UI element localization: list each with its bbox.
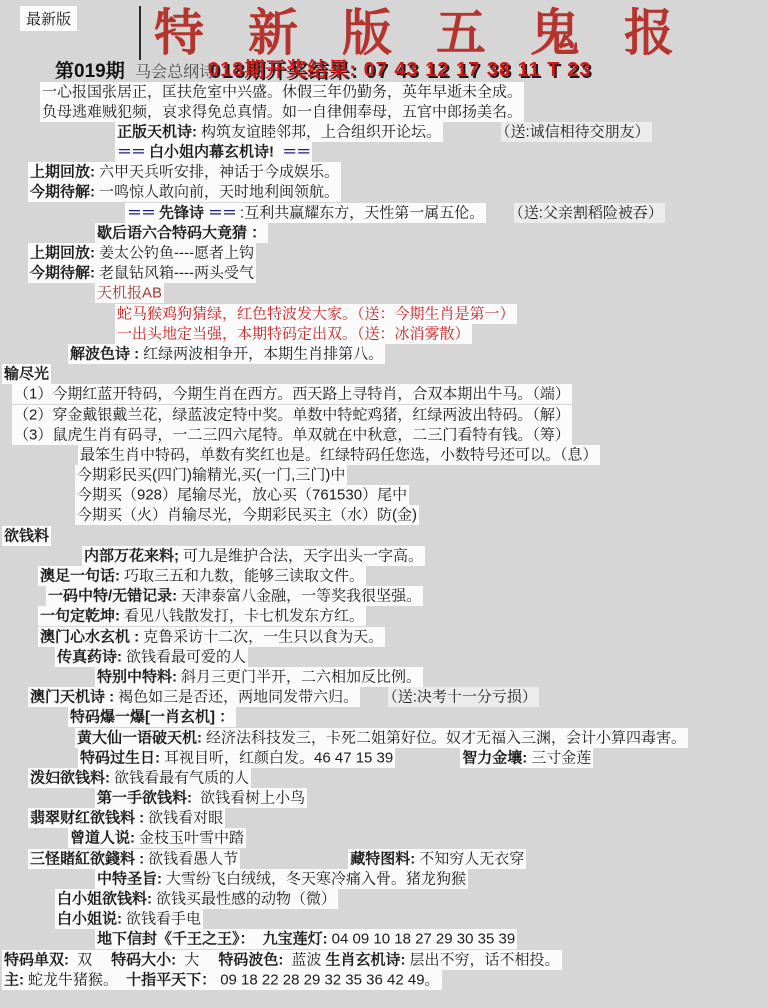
text-line: 一码中特/无错记录:天津泰富八金融，一等奖我很坚强。: [0, 587, 768, 607]
text-line: 上期回放:六甲天兵听安排，神话于今成娱乐。: [0, 163, 768, 183]
text-line: 传真药诗:欲钱看最可爱的人: [0, 647, 768, 667]
text-line: （3）鼠虎生肖有码寻，一二三四六尾特。单双就在中秋意，二三门看特有钱。（筹）: [0, 425, 768, 445]
text-segment: 04 09 10 18 27 29 30 35 39: [330, 929, 518, 949]
text-line: 曾道人说:金枝玉叶雪中踏: [0, 829, 768, 849]
previous-draw-result: 018期开奖结果: 07 43 12 17 38 11 T 23: [208, 53, 591, 82]
text-segment: （1）今期红蓝开特码，今期生肖在西方。西天路上寻特肖，合双本期出牛马。（端）: [12, 384, 572, 404]
text-segment: 今期买（火）肖输尽光，今期彩民买主（水）防(金): [75, 505, 419, 525]
text-segment: 正版天机诗:: [115, 122, 199, 142]
text-line: 澳门天机诗 :褐色如三是否还，两地同发带六归。（送:决考十一分亏损）: [0, 688, 768, 708]
text-line: 最笨生肖中特码，单数有奖红也是。红绿特码任您选，小数特号还可以。（息）: [0, 445, 768, 465]
text-segment: 第一手欲钱料:: [95, 788, 198, 808]
text-segment: 天津泰富八金融，一等奖我很坚强。: [179, 586, 423, 606]
text-segment: 天机报AB: [95, 283, 164, 303]
text-segment: 欲钱看最可爱的人: [124, 647, 248, 667]
text-segment: 今期待解:: [28, 263, 97, 283]
text-segment: 欲钱看树上小鸟: [198, 788, 307, 808]
text-segment: 歇后语六合特码大竟猜 ：: [95, 223, 268, 243]
text-line: 三怪賭紅欲錢料 :欲钱看愚人节藏特图料:不知穷人无衣穿: [0, 849, 768, 869]
text-segment: 特码爆一爆[一肖玄机] ：: [68, 707, 236, 727]
text-segment: 白小姐欲钱料:: [55, 889, 154, 909]
title-divider-line: [139, 6, 141, 60]
text-segment: 翡翠财红欲钱料 :: [28, 808, 146, 828]
text-segment: 特码波色:: [216, 950, 285, 970]
content-lines: 一心报国张居正，匡扶危室中兴盛。休假三年仍勤务，英年早逝未全成。负母逃难贼犯频，…: [0, 82, 768, 990]
text-segment: 克鲁采访十二次，一生只以食为天。: [141, 627, 385, 647]
text-segment: 负母逃难贼犯频，哀求得免总真情。如一自律佣奉母，五官中郎扬美名。: [40, 102, 524, 122]
text-segment: （2）穿金戴银戴兰花，绿蓝波定特中奖。单数中特蛇鸡猪，红绿两波出特码。（解）: [12, 405, 572, 425]
text-line: 今期买（火）肖输尽光，今期彩民买主（水）防(金): [0, 506, 768, 526]
text-segment: 09 18 22 28 29 32 35 36 42 49。: [218, 970, 441, 990]
text-segment: 先锋诗: [157, 203, 206, 223]
text-line: 一心报国张居正，匡扶危室中兴盛。休假三年仍勤务，英年早逝未全成。: [0, 82, 768, 102]
text-segment: 欲钱看愚人节: [146, 849, 240, 869]
text-line: 蛇马猴鸡狗猜绿，红色特波发大家。（送：今期生肖是第一）: [0, 304, 768, 324]
text-line: 内部万花来料;可九是维护合法，天字出头一字高。: [0, 546, 768, 566]
text-line: ＝＝白小姐内幕玄机诗! ＝＝: [0, 143, 768, 163]
text-line: 今期买（928）尾输尽光，放心买（761530）尾中: [0, 486, 768, 506]
text-line: 一句定乾坤:看见八钱散发打，卡七机发东方红。: [0, 607, 768, 627]
text-segment: 构筑友谊睦邻邦，上合组织开论坛。: [199, 122, 443, 142]
text-segment: 一出头地定当强，本期特码定出双。（送：冰消雾散）: [115, 324, 472, 344]
text-line: 天机报AB: [0, 284, 768, 304]
text-segment: 看见八钱散发打，卡七机发东方红。: [122, 606, 366, 626]
text-segment: 地下信封《千王之王》：: [95, 929, 261, 949]
text-segment: 输尽光: [2, 364, 51, 384]
text-line: 欲钱料: [0, 526, 768, 546]
text-segment: 金枝玉叶雪中踏: [137, 828, 246, 848]
text-segment: 特别中特料:: [95, 667, 179, 687]
text-line: 主:蛇龙牛猪猴。 十指平天下：09 18 22 28 29 32 35 36 4…: [0, 970, 768, 990]
text-segment: （送:决考十一分亏损）: [388, 687, 539, 707]
text-line: 歇后语六合特码大竟猜 ：: [0, 223, 768, 243]
text-segment: 澳门天机诗 :: [28, 687, 116, 707]
text-line: （1）今期红蓝开特码，今期生肖在西方。西天路上寻特肖，合双本期出牛马。（端）: [0, 385, 768, 405]
text-line: 一出头地定当强，本期特码定出双。（送：冰消雾散）: [0, 324, 768, 344]
text-segment: 内部万花来料;: [82, 546, 181, 566]
double-bar-icon: ＝＝: [206, 203, 238, 223]
text-segment: 最笨生肖中特码，单数有奖红也是。红绿特码任您选，小数特号还可以。（息）: [78, 445, 600, 465]
text-line: 白小姐欲钱料:欲钱买最性感的动物（微）: [0, 890, 768, 910]
text-segment: 六甲天兵听安排，神话于今成娱乐。: [97, 162, 341, 182]
text-segment: 老鼠钻风箱----两头受气: [97, 263, 256, 283]
text-segment: 欲钱看最有气质的人: [112, 768, 251, 788]
issue-number: 第019期: [55, 61, 125, 82]
text-segment: 生肖玄机诗:: [324, 950, 408, 970]
text-segment: 可九是维护合法，天字出头一字高。: [181, 546, 425, 566]
text-line: （2）穿金戴银戴兰花，绿蓝波定特中奖。单数中特蛇鸡猪，红绿两波出特码。（解）: [0, 405, 768, 425]
text-line: 负母逃难贼犯频，哀求得免总真情。如一自律佣奉母，五官中郎扬美名。: [0, 102, 768, 122]
text-segment: 不知穷人无衣穿: [417, 849, 526, 869]
issue-line: 第019期 马会总纲诗：: [55, 56, 231, 83]
text-segment: 蛇龙牛猪猴。: [26, 970, 124, 990]
text-line: 澳门心水玄机 :克鲁采访十二次，一生只以食为天。: [0, 627, 768, 647]
text-segment: 澳门心水玄机 :: [38, 627, 141, 647]
text-segment: 双: [71, 950, 109, 970]
text-segment: 欲钱买最性感的动物（微）: [154, 889, 338, 909]
text-segment: 白小姐说:: [55, 909, 124, 929]
text-segment: 大: [178, 950, 216, 970]
double-bar-icon: ＝＝: [125, 203, 157, 223]
text-segment: 蛇马猴鸡狗猜绿，红色特波发大家。（送：今期生肖是第一）: [115, 304, 517, 324]
text-segment: （送:父亲割稻险被吞）: [514, 203, 665, 223]
text-segment: 今期买（928）尾输尽光，放心买（761530）尾中: [75, 485, 409, 505]
text-line: 白小姐说:欲钱看手电: [0, 910, 768, 930]
text-line: 澳足一句话:巧取三五和九数，能够三读取文件。: [0, 567, 768, 587]
text-segment: 特码大小:: [109, 950, 178, 970]
text-segment: 三寸金莲: [529, 748, 593, 768]
text-line: 泼妇欲钱料:欲钱看最有气质的人: [0, 768, 768, 788]
text-segment: 智力金壤:: [460, 748, 529, 768]
text-segment: （3）鼠虎生肖有码寻，一二三四六尾特。单双就在中秋意，二三门看特有钱。（筹）: [12, 425, 572, 445]
text-line: 翡翠财红欲钱料 :欲钱看对眼: [0, 809, 768, 829]
text-segment: 蓝波: [285, 950, 323, 970]
text-line: 中特圣旨:大雪纷飞白绒绒，冬天寒冷痛入骨。猪龙狗猴: [0, 869, 768, 889]
text-segment: 今期待解:: [28, 182, 97, 202]
text-line: 今期待解:老鼠钻风箱----两头受气: [0, 264, 768, 284]
text-segment: 上期回放:: [28, 162, 97, 182]
tip-sheet-page: 最新版 特新版五鬼报 第019期 马会总纲诗： 018期开奖结果: 07 43 …: [0, 0, 768, 1008]
text-line: 今期待解:一鸣惊人敢向前，天时地利闽领航。: [0, 183, 768, 203]
text-segment: 特码单双:: [2, 950, 71, 970]
text-line: 特码爆一爆[一肖玄机] ：: [0, 708, 768, 728]
text-line: 上期回放:姜太公钓鱼----愿者上钩: [0, 244, 768, 264]
text-segment: 一码中特/无错记录:: [46, 586, 179, 606]
text-segment: 巧取三五和九数，能够三读取文件。: [122, 566, 366, 586]
text-line: 特别中特料:斜月三更门半开，二六相加反比例。: [0, 667, 768, 687]
text-segment: 藏特图料:: [348, 849, 417, 869]
text-segment: 黄大仙一语破天机:: [75, 728, 204, 748]
text-segment: 传真药诗:: [55, 647, 124, 667]
text-segment: 主:: [2, 970, 26, 990]
double-bar-icon: ＝＝: [280, 142, 312, 162]
text-line: 第一手欲钱料: 欲钱看树上小鸟: [0, 789, 768, 809]
text-segment: 褐色如三是否还，两地同发带六归。: [116, 687, 360, 707]
text-segment: 红绿两波相争开，本期生肖排第八。: [141, 344, 385, 364]
text-segment: 欲钱看对眼: [146, 808, 225, 828]
text-segment: 斜月三更门半开，二六相加反比例。: [179, 667, 423, 687]
text-line: 地下信封《千王之王》： 九宝莲灯:04 09 10 18 27 29 30 35…: [0, 930, 768, 950]
text-line: 解波色诗 :红绿两波相争开，本期生肖排第八。: [0, 344, 768, 364]
text-segment: 耳视目听，红颜白发。46 47 15 39: [162, 748, 395, 768]
text-segment: 姜太公钓鱼----愿者上钩: [97, 243, 256, 263]
text-segment: 大雪纷飞白绒绒，冬天寒冷痛入骨。猪龙狗猴: [164, 869, 468, 889]
text-segment: 解波色诗 :: [68, 344, 141, 364]
double-bar-icon: ＝＝: [115, 142, 147, 162]
text-segment: 中特圣旨:: [95, 869, 164, 889]
text-segment: 一鸣惊人敢向前，天时地利闽领航。: [97, 182, 341, 202]
text-segment: 九宝莲灯:: [261, 929, 330, 949]
text-line: ＝＝先锋诗＝＝:互利共赢耀东方，天性第一属五伦。（送:父亲割稻险被吞）: [0, 203, 768, 223]
text-segment: 泼妇欲钱料:: [28, 768, 112, 788]
text-segment: 曾道人说:: [68, 828, 137, 848]
text-segment: （送:诚信相待交朋友）: [501, 122, 652, 142]
text-segment: 层出不穷，话不相投。: [408, 950, 562, 970]
edition-label: 最新版: [20, 6, 77, 31]
text-segment: 一心报国张居正，匡扶危室中兴盛。休假三年仍勤务，英年早逝未全成。: [40, 82, 524, 102]
text-segment: 今期彩民买(四门)输精光,买(一门,三门)中: [75, 465, 347, 485]
text-segment: 特码过生日:: [78, 748, 162, 768]
text-line: 特码单双: 双 特码大小: 大 特码波色: 蓝波生肖玄机诗:层出不穷，话不相投。: [0, 950, 768, 970]
text-segment: 欲钱料: [2, 526, 51, 546]
text-segment: 三怪賭紅欲錢料 :: [28, 849, 146, 869]
text-segment: 一句定乾坤:: [38, 606, 122, 626]
text-segment: 经济法科技发三，卡死二姐第好位。奴才无福入三渊，会计小算四毒害。: [204, 728, 688, 748]
text-line: 正版天机诗:构筑友谊睦邻邦，上合组织开论坛。（送:诚信相待交朋友）: [0, 122, 768, 142]
text-segment: 澳足一句话:: [38, 566, 122, 586]
text-line: 特码过生日:耳视目听，红颜白发。46 47 15 39智力金壤:三寸金莲: [0, 748, 768, 768]
text-segment: :互利共赢耀东方，天性第一属五伦。: [238, 203, 486, 223]
text-line: 今期彩民买(四门)输精光,买(一门,三门)中: [0, 466, 768, 486]
text-segment: 白小姐内幕玄机诗!: [147, 142, 280, 162]
text-line: 黄大仙一语破天机:经济法科技发三，卡死二姐第好位。奴才无福入三渊，会计小算四毒害…: [0, 728, 768, 748]
text-segment: 欲钱看手电: [124, 909, 203, 929]
text-segment: 上期回放:: [28, 243, 97, 263]
text-segment: 十指平天下：: [124, 970, 218, 990]
text-line: 输尽光: [0, 365, 768, 385]
